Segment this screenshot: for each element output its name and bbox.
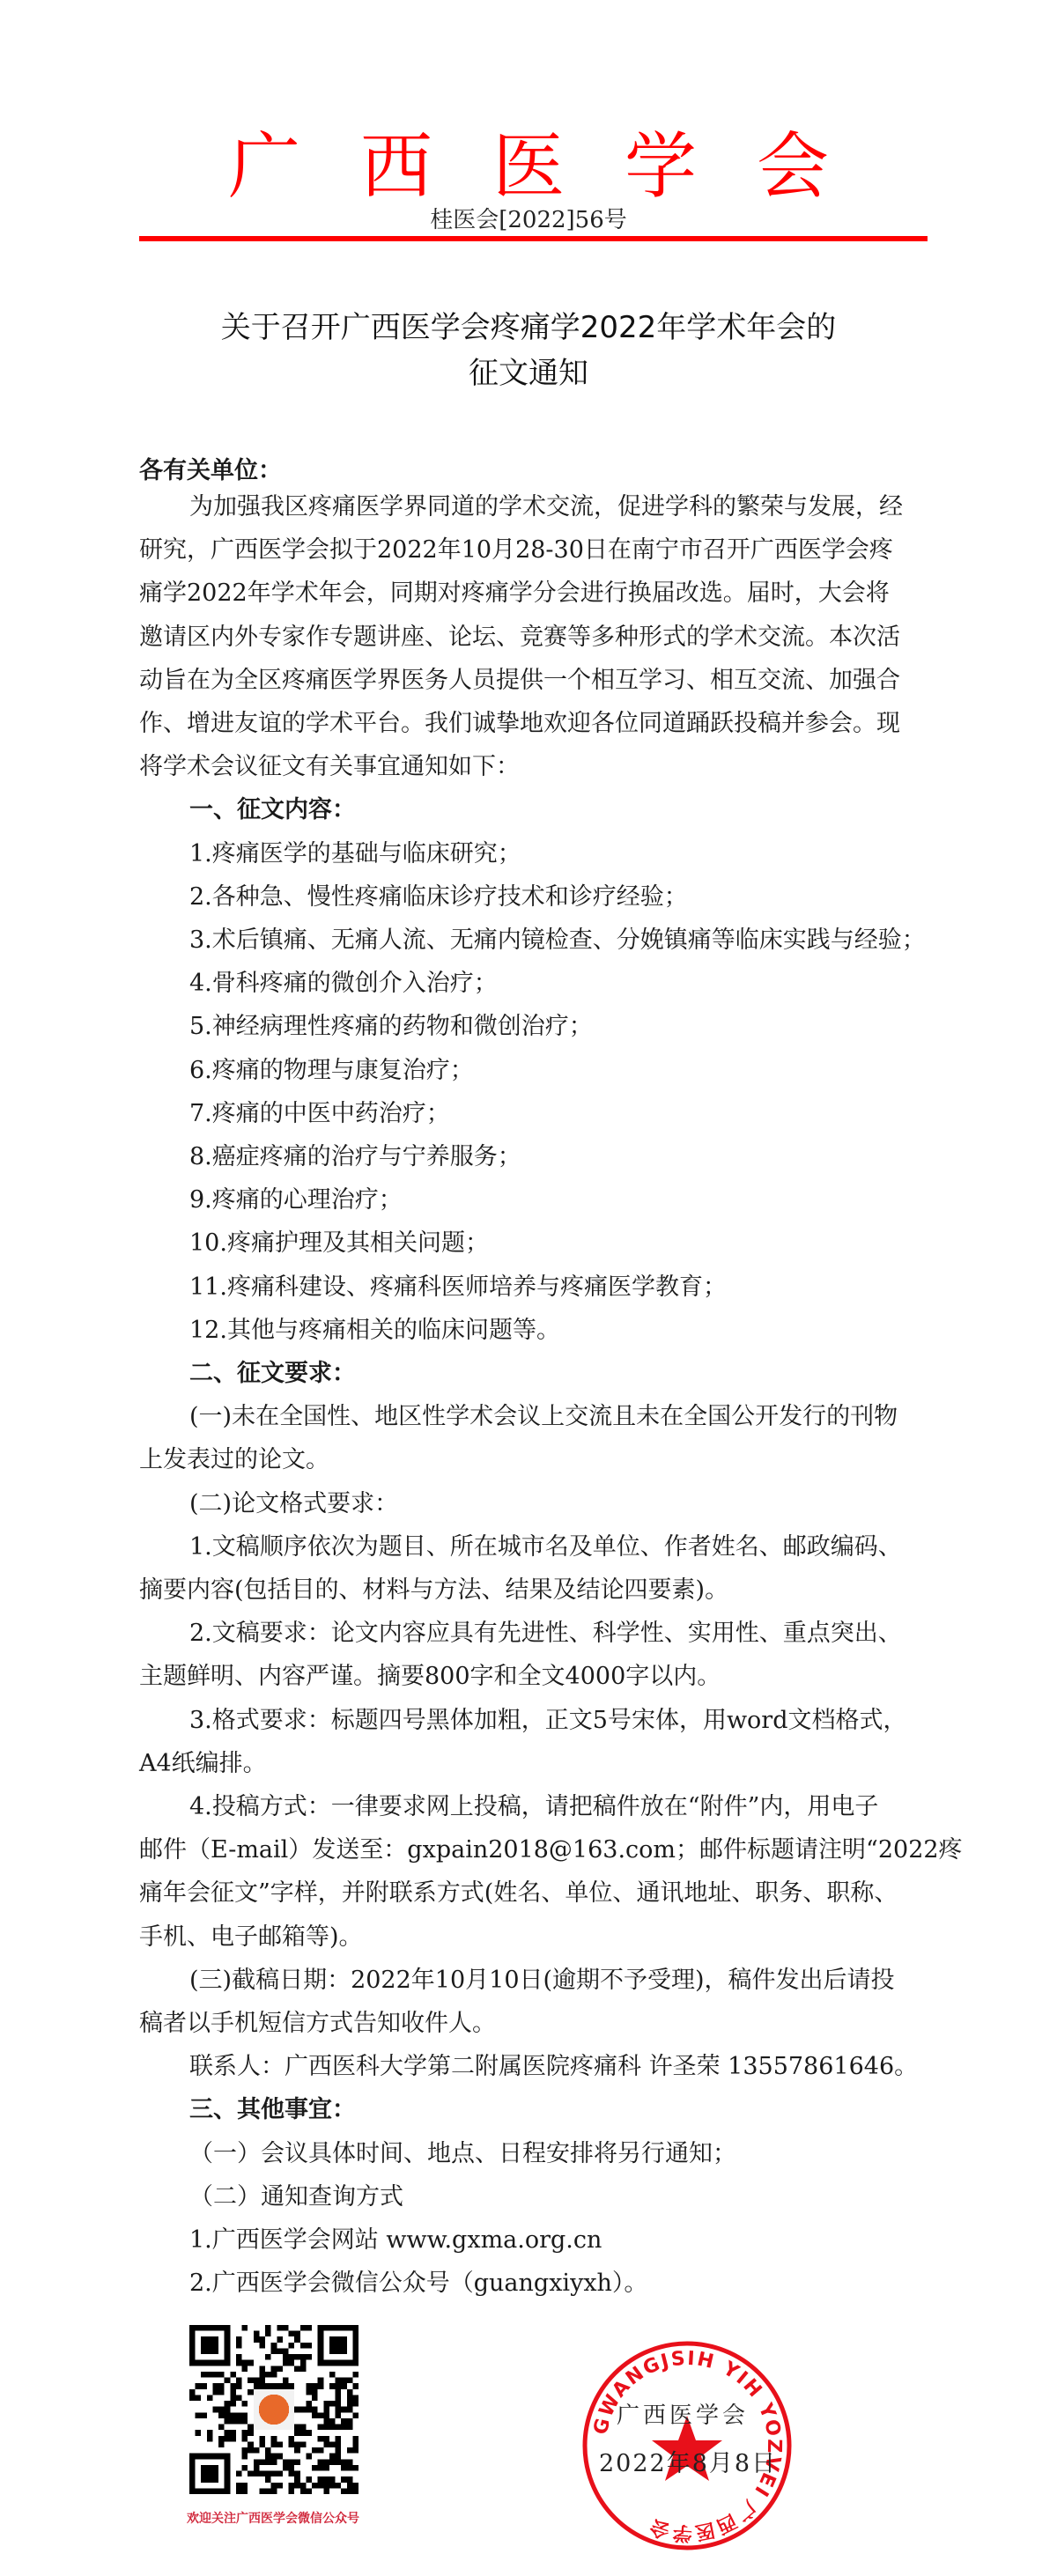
- list-item: 8.癌症疼痛的治疗与宁养服务；: [189, 1140, 982, 1175]
- wechat-qr-code: [189, 2325, 358, 2494]
- paragraph-line: 手机、电子邮箱等)。: [139, 1920, 932, 1955]
- list-item: 2.各种急、慢性疼痛临床诊疗技术和诊疗经验；: [189, 880, 982, 915]
- list-item: 5.神经病理性疼痛的药物和微创治疗；: [189, 1009, 982, 1044]
- paragraph-line: 摘要内容(包括目的、材料与方法、结果及结论四要素)。: [139, 1573, 932, 1608]
- intro-line: 作、增进友谊的学术平台。我们诚挚地欢迎各位同道踊跃投稿并参会。现: [139, 706, 932, 742]
- list-item: 7.疼痛的中医中药治疗；: [189, 1096, 982, 1132]
- list-item: 10.疼痛护理及其相关问题；: [189, 1226, 982, 1261]
- paragraph-line: 主题鲜明、内容严谨。摘要800字和全文4000字以内。: [139, 1659, 932, 1694]
- intro-line: 将学术会议征文有关事宜通知如下：: [139, 749, 932, 785]
- intro-line: 动旨在为全区疼痛医学界医务人员提供一个相互学习、相互交流、加强合: [139, 663, 932, 698]
- notice-title-line-1: 关于召开广西医学会疼痛学2022年学术年会的: [0, 305, 1057, 351]
- intro-line: 邀请区内外专家作专题讲座、论坛、竞赛等多种形式的学术交流。本次活: [139, 620, 932, 655]
- paragraph-line: (一)未在全国性、地区性学术会议上交流且未在全国公开发行的刊物: [189, 1399, 982, 1435]
- paragraph-line: 2.文稿要求：论文内容应具有先进性、科学性、实用性、重点突出、: [189, 1616, 982, 1651]
- paragraph-line: (二)论文格式要求：: [189, 1487, 982, 1522]
- section-heading: 三、其他事宜：: [189, 2093, 982, 2128]
- paragraph-line: (三)截稿日期：2022年10月10日(逾期不予受理)，稿件发出后请投: [189, 1963, 982, 1998]
- paragraph-line: 1.广西医学会网站 www.gxma.org.cn: [189, 2223, 982, 2258]
- list-item: 11.疼痛科建设、疼痛科医师培养与疼痛医学教育；: [189, 1270, 982, 1305]
- qr-caption: 欢迎关注广西医学会微信公众号: [187, 2510, 359, 2528]
- paragraph-line: 3.格式要求：标题四号黑体加粗，正文5号宋体，用word文档格式，: [189, 1703, 982, 1738]
- paragraph-line: 4.投稿方式：一律要求网上投稿，请把稿件放在“附件”内，用电子: [189, 1790, 982, 1825]
- paragraph-line: 痛年会征文”字样，并附联系方式(姓名、单位、通讯地址、职务、职称、: [139, 1876, 932, 1911]
- paragraph-line: 上发表过的论文。: [139, 1443, 932, 1478]
- list-item: 3.术后镇痛、无痛人流、无痛内镜检查、分娩镇痛等临床实践与经验；: [189, 923, 982, 958]
- paragraph-line: 稿者以手机短信方式告知收件人。: [139, 2006, 932, 2041]
- signature-date: 2022年8月8日: [599, 2444, 777, 2478]
- paragraph-line: 1.文稿顺序依次为题目、所在城市名及单位、作者姓名、邮政编码、: [189, 1530, 982, 1565]
- list-item: 12.其他与疼痛相关的临床问题等。: [189, 1313, 982, 1348]
- masthead-red-divider: [139, 236, 928, 241]
- paragraph-line: 联系人：广西医科大学第二附属医院疼痛科 许圣荣 13557861646。: [189, 2049, 982, 2085]
- list-item: 6.疼痛的物理与康复治疗；: [189, 1053, 982, 1089]
- intro-line: 研究，广西医学会拟于2022年10月28-30日在南宁市召开广西医学会疼: [139, 533, 932, 568]
- intro-line: 为加强我区疼痛医学界同道的学术交流，促进学科的繁荣与发展，经: [189, 490, 982, 525]
- section-heading: 一、征文内容：: [189, 793, 982, 828]
- intro-line: 痛学2022年学术年会，同期对疼痛学分会进行换届改选。届时，大会将: [139, 576, 932, 611]
- signature-org: 广西医学会: [617, 2397, 749, 2430]
- notice-title-line-2: 征文通知: [0, 351, 1057, 396]
- paragraph-line: （一）会议具体时间、地点、日程安排将另行通知；: [189, 2137, 982, 2172]
- masthead-org-name: 广西医学会: [0, 123, 1057, 211]
- paragraph-line: A4纸编排。: [139, 1746, 932, 1782]
- salutation: 各有关单位：: [139, 454, 932, 489]
- document-number: 桂医会[2022]56号: [0, 204, 1057, 236]
- list-item: 1.疼痛医学的基础与临床研究；: [189, 837, 982, 872]
- paragraph-line: 邮件（E-mail）发送至：gxpain2018@163.com；邮件标题请注明…: [139, 1833, 932, 1868]
- paragraph-line: （二）通知查询方式: [189, 2180, 982, 2215]
- list-item: 9.疼痛的心理治疗；: [189, 1183, 982, 1218]
- list-item: 4.骨科疼痛的微创介入治疗；: [189, 966, 982, 1001]
- section-heading: 二、征文要求：: [189, 1356, 982, 1391]
- paragraph-line: 2.广西医学会微信公众号（guangxiyxh）。: [189, 2266, 982, 2301]
